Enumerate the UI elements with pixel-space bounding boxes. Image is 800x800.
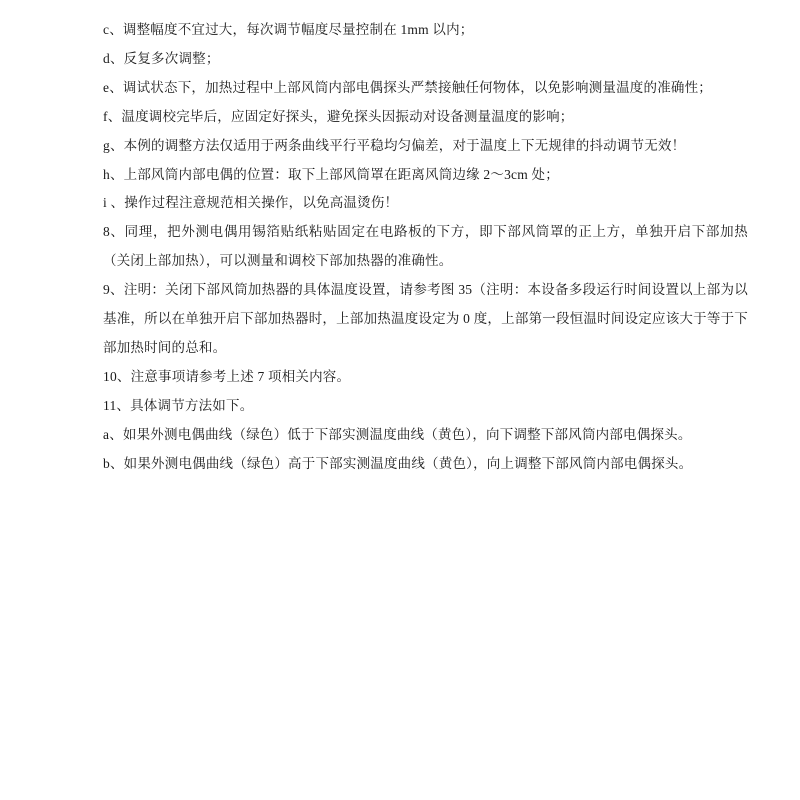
paragraph-item-h: h、上部风筒内部电偶的位置：取下上部风筒罩在距离风筒边缘 2～3cm 处； <box>103 161 748 190</box>
paragraph-item-c: c、调整幅度不宜过大，每次调节幅度尽量控制在 1mm 以内； <box>103 16 748 45</box>
paragraph-item-9: 9、注明：关闭下部风筒加热器的具体温度设置，请参考图 35（注明：本设备多段运行… <box>103 276 748 363</box>
paragraph-item-d: d、反复多次调整； <box>103 45 748 74</box>
paragraph-item-11: 11、具体调节方法如下。 <box>103 392 748 421</box>
paragraph-item-i: i 、操作过程注意规范相关操作，以免高温烫伤！ <box>103 189 748 218</box>
paragraph-item-10: 10、注意事项请参考上述 7 项相关内容。 <box>103 363 748 392</box>
paragraph-item-8: 8、同理，把外测电偶用锡箔贴纸粘贴固定在电路板的下方，即下部风筒罩的正上方，单独… <box>103 218 748 276</box>
document-text-block: c、调整幅度不宜过大，每次调节幅度尽量控制在 1mm 以内； d、反复多次调整；… <box>103 16 748 479</box>
paragraph-item-f: f、温度调校完毕后，应固定好探头，避免探头因振动对设备测量温度的影响； <box>103 103 748 132</box>
paragraph-item-b: b、如果外测电偶曲线（绿色）高于下部实测温度曲线（黄色），向上调整下部风筒内部电… <box>103 450 748 479</box>
paragraph-item-e: e、调试状态下，加热过程中上部风筒内部电偶探头严禁接触任何物体，以免影响测量温度… <box>103 74 748 103</box>
document-page: c、调整幅度不宜过大，每次调节幅度尽量控制在 1mm 以内； d、反复多次调整；… <box>0 0 800 800</box>
paragraph-item-a: a、如果外测电偶曲线（绿色）低于下部实测温度曲线（黄色），向下调整下部风筒内部电… <box>103 421 748 450</box>
paragraph-item-g: g、本例的调整方法仅适用于两条曲线平行平稳均匀偏差，对于温度上下无规律的抖动调节… <box>103 132 748 161</box>
